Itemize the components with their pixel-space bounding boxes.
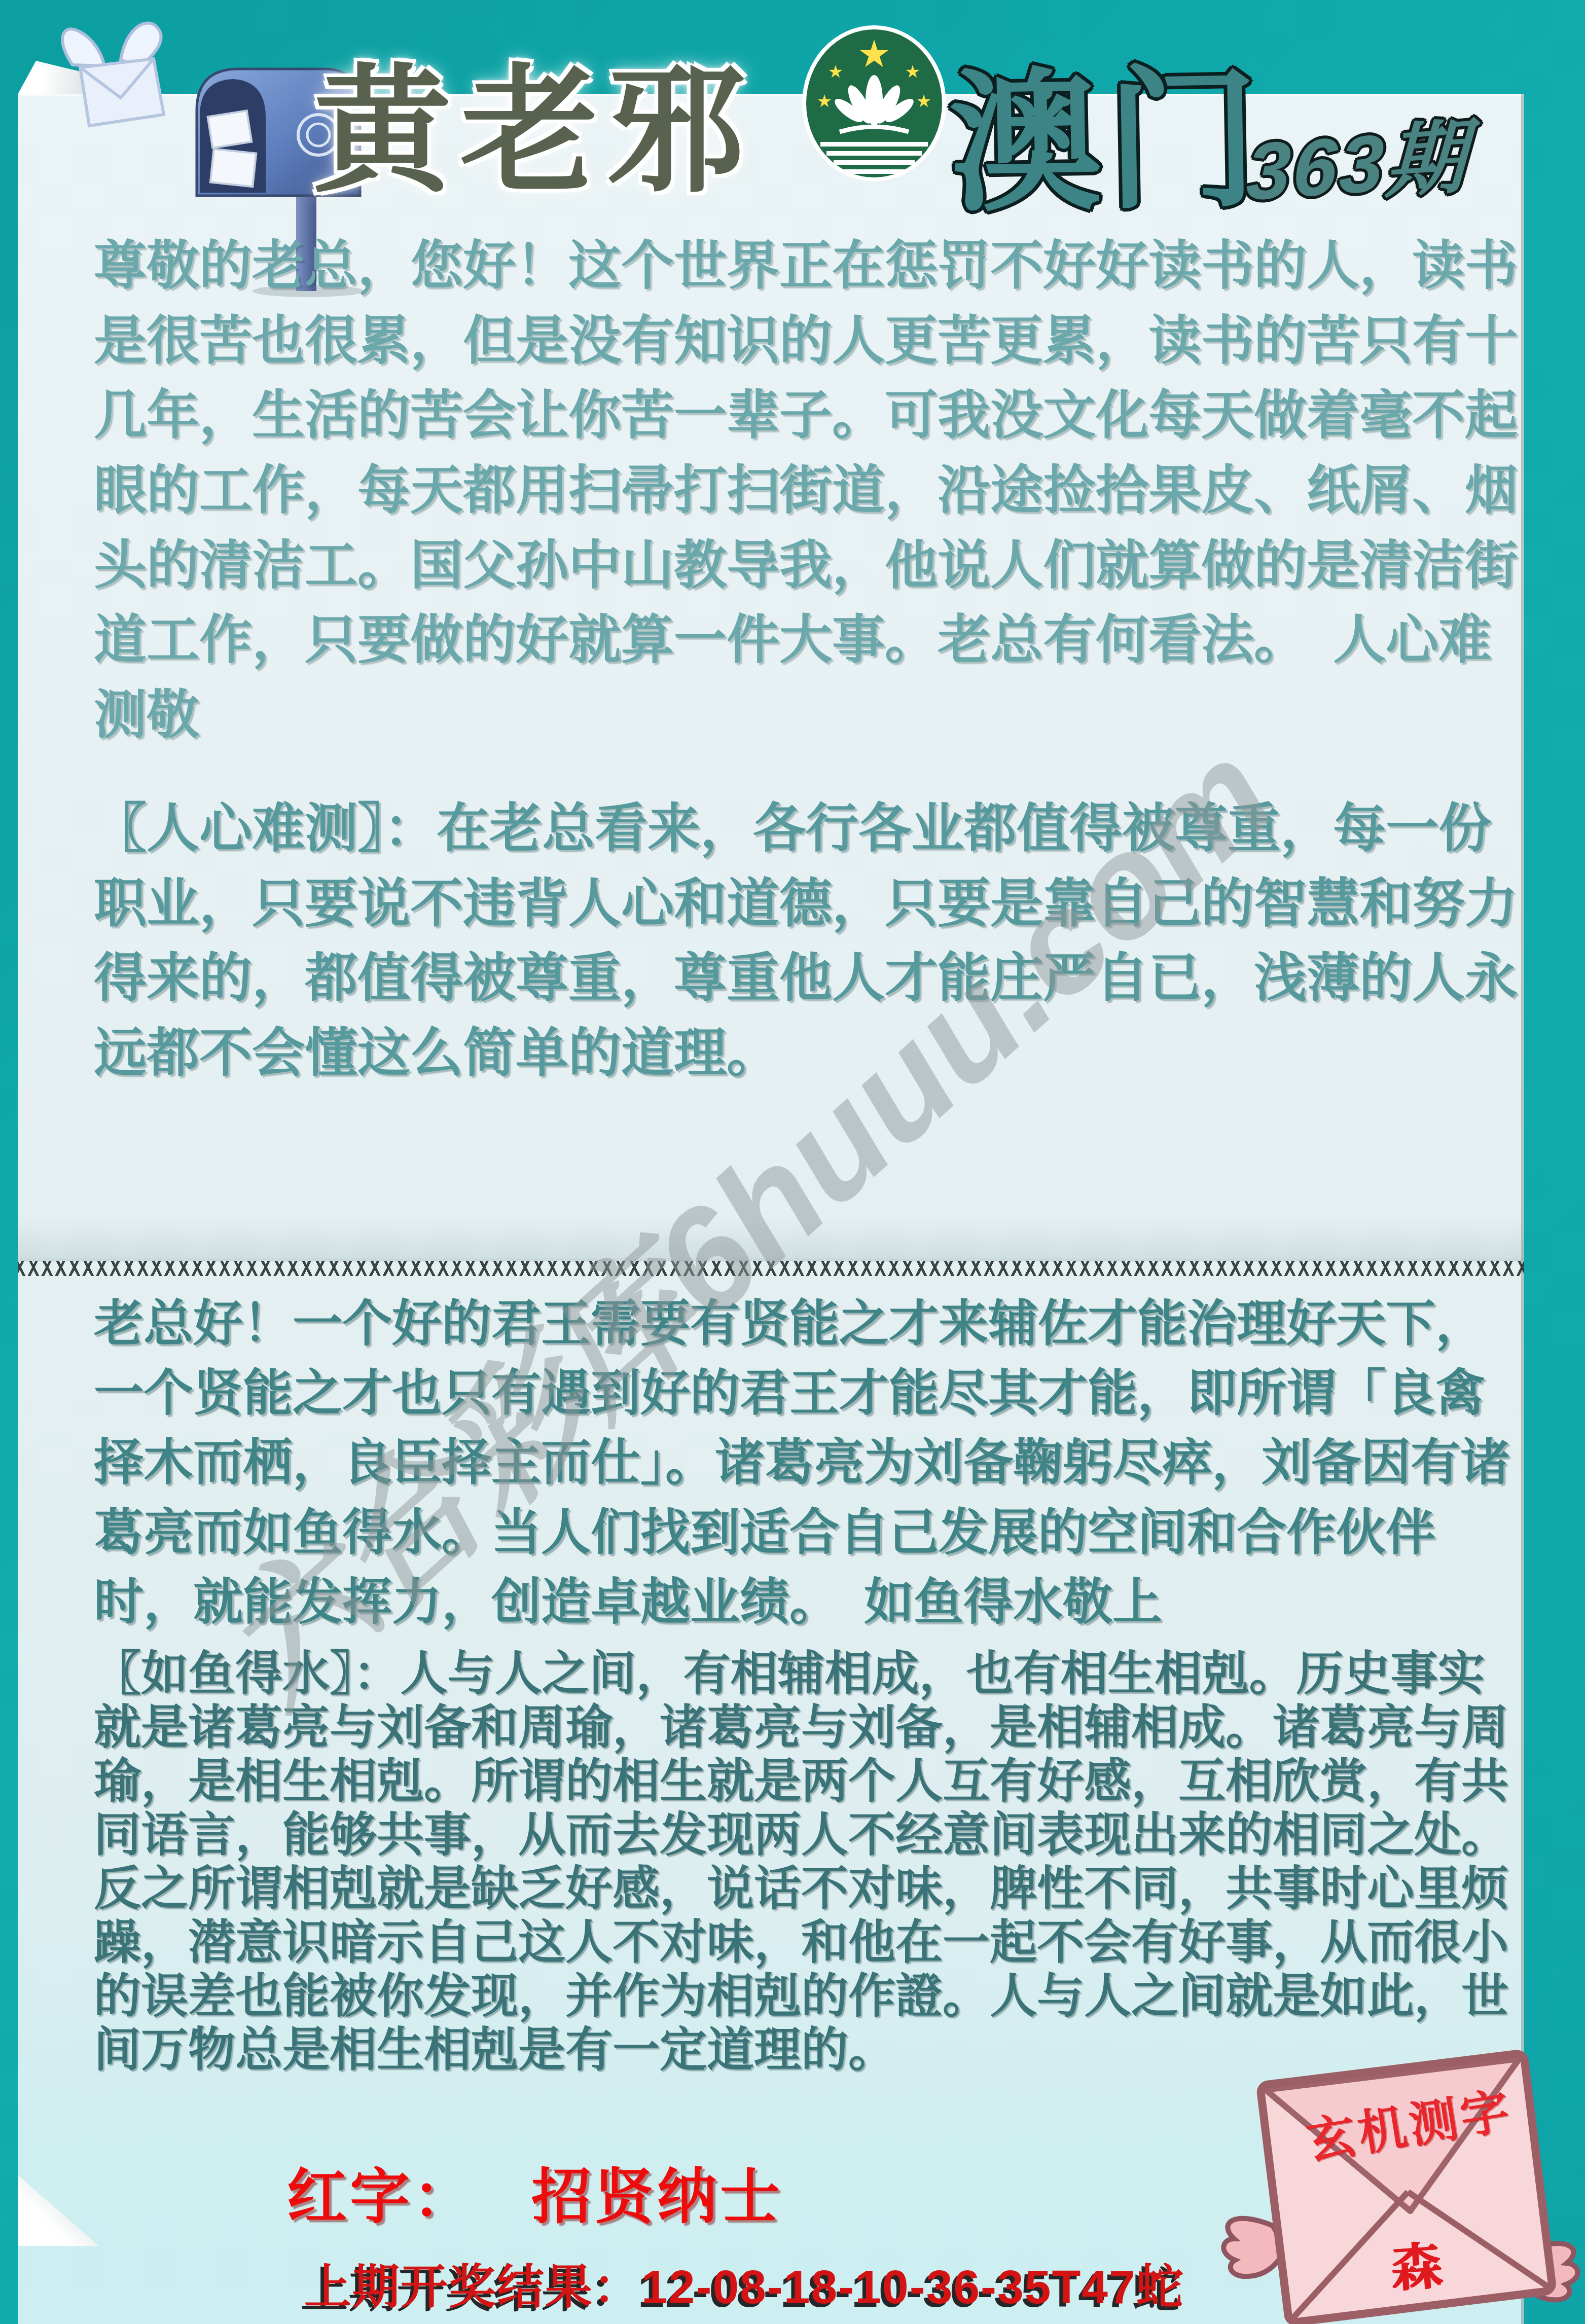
stitch-divider — [18, 1261, 1524, 1276]
winged-envelope-icon — [62, 23, 164, 126]
red-word-label: 红字： — [287, 2164, 476, 2231]
red-word-value: 招贤纳士 — [531, 2164, 783, 2231]
last-draw-result: 上期开奖结果：12-08-18-10-36-35T47蛇 — [304, 2249, 1184, 2317]
red-word-line: 红字：招贤纳士 — [287, 2149, 783, 2235]
letter2-text: 老总好！一个好的君王需要有贤能之才来辅佐才能治理好天下，一个贤能之才也只有遇到好… — [94, 1289, 1524, 1637]
sheet-edge-shading — [18, 1218, 1524, 1261]
title-issue: 363期 — [1245, 92, 1470, 224]
macau-lotus-logo — [800, 23, 948, 186]
poster-canvas: 黄老邪 — [0, 0, 1585, 2324]
letter1-text: 尊敬的老总，您好！这个世界正在惩罚不好好读书的人，读书是很苦也很累，但是没有知识… — [94, 229, 1524, 753]
reply1-text: 〖人心难测〗：在老总看来，各行各业都值得被尊重，每一份职业，只要说不违背人心和道… — [94, 792, 1524, 1092]
title-place: 澳门 — [947, 17, 1265, 241]
page-title: 黄老邪 — [313, 20, 754, 219]
reply2-text: 〖如鱼得水〗：人与人之间，有相辅相成，也有相生相剋。历史事实就是诸葛亮与刘备和周… — [94, 1647, 1524, 2077]
envelope-seal: 森 — [1388, 2225, 1444, 2302]
